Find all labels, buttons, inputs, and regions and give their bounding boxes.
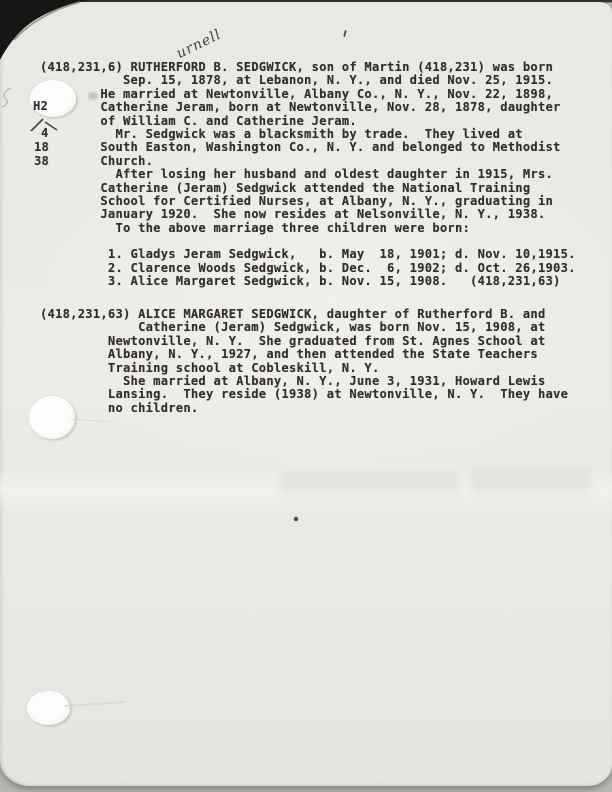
handwritten-annotation: urnell [174, 27, 224, 62]
genealogy-entry-alice: (418,231,63) ALICE MARGARET SEDGWICK, da… [40, 308, 568, 415]
scan-corner-shadow [0, 0, 104, 62]
punch-hole-bottom [27, 691, 70, 725]
entry-line: Lansing. They reside (1938) at Newtonvil… [40, 388, 568, 401]
genealogy-entry-rutherford: (418,231,6) RUTHERFORD B. SEDGWICK, son … [40, 61, 576, 289]
ghost-bleedthrough-smudge [280, 472, 460, 494]
entry-line: To the above marriage three children wer… [40, 222, 576, 235]
scanned-document: H2 4 18 38 urnell (418,231,6) RUTHERFORD… [0, 0, 612, 792]
entry-line: of William C. and Catherine Jeram. [40, 115, 576, 128]
entry-line: Training school at Cobleskill, N. Y. [40, 362, 568, 375]
children-list-item: 3. Alice Margaret Sedgwick, b. Nov. 15, … [40, 275, 576, 288]
entry-line: Newtonville, N. Y. She graduated from St… [40, 335, 568, 348]
entry-line: Albany, N. Y., 1927, and then attended t… [40, 348, 568, 361]
entry-line: Catherine (Jeram) Sedgwick, was born Nov… [40, 321, 568, 334]
entry-line: After losing her husband and oldest daug… [40, 168, 576, 181]
ink-speck [343, 30, 347, 37]
typewritten-page: H2 4 18 38 urnell (418,231,6) RUTHERFORD… [0, 2, 612, 786]
paper-crease [64, 701, 126, 707]
entry-line: Sep. 15, 1878, at Lebanon, N. Y., and di… [40, 74, 576, 87]
entry-line: Catherine (Jeram) Sedgwick attended the … [40, 182, 576, 195]
entry-line: Catherine Jeram, born at Newtonville, No… [40, 101, 576, 114]
entry-line: no children. [40, 402, 568, 415]
ghost-bleedthrough-smudge [470, 468, 590, 494]
entry-line: South Easton, Washington Co., N. Y. and … [40, 141, 576, 154]
children-list-item: 1. Gladys Jeram Sedgwick, b. May 18, 190… [40, 248, 576, 261]
ink-speck [294, 517, 298, 521]
paper-crease [72, 419, 110, 422]
entry-line: January 1920. She now resides at Nelsonv… [40, 208, 576, 221]
pencil-scribble [0, 86, 14, 108]
